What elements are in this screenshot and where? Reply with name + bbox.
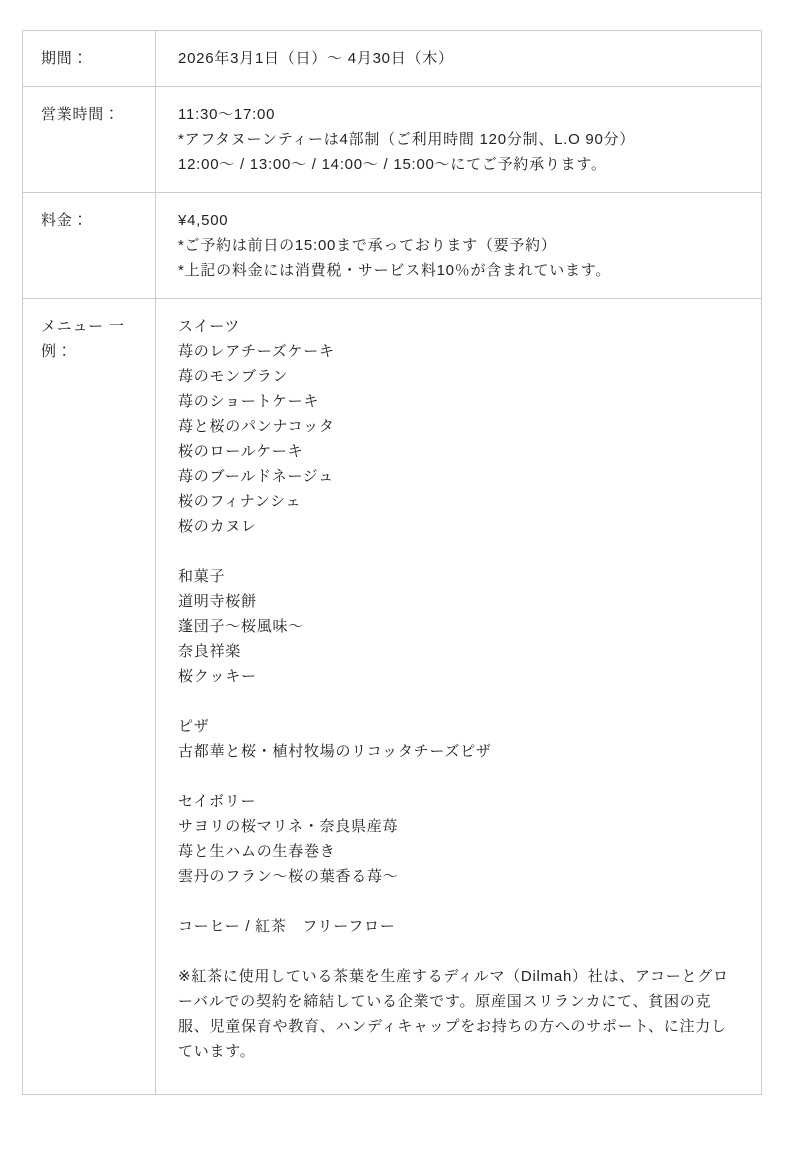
value-line: 桜のロールケーキ	[178, 439, 737, 464]
value-line	[178, 939, 737, 964]
value-line: コーヒー / 紅茶 フリーフロー	[178, 914, 737, 939]
value-line: 蓬団子〜桜風味〜	[178, 614, 737, 639]
row-label-cell: 期間：	[23, 31, 156, 86]
row-value-cell: 11:30〜17:00*アフタヌーンティーは4部制（ご利用時間 120分制、L.…	[156, 87, 761, 192]
table-row: 期間： 2026年3月1日（日）〜 4月30日（木）	[23, 31, 761, 87]
value-line	[178, 689, 737, 714]
value-line: サヨリの桜マリネ・奈良県産苺	[178, 814, 737, 839]
value-line: 道明寺桜餅	[178, 589, 737, 614]
value-line: ※紅茶に使用している茶葉を生産するディルマ（Dilmah）社は、アコーとグローバ…	[178, 964, 737, 1064]
value-line: 和菓子	[178, 564, 737, 589]
value-line: 古都華と桜・植村牧場のリコッタチーズピザ	[178, 739, 737, 764]
row-value-cell: ¥4,500*ご予約は前日の15:00まで承っております（要予約）*上記の料金に…	[156, 193, 761, 298]
row-label-cell: メニュー 一例：	[23, 299, 156, 1094]
value-line: ピザ	[178, 714, 737, 739]
row-label: メニュー 一例：	[41, 318, 125, 360]
value-line	[178, 764, 737, 789]
value-line: *ご予約は前日の15:00まで承っております（要予約）	[178, 233, 737, 258]
value-line: 2026年3月1日（日）〜 4月30日（木）	[178, 46, 737, 71]
row-value-cell: 2026年3月1日（日）〜 4月30日（木）	[156, 31, 761, 86]
value-line: 12:00〜 / 13:00〜 / 14:00〜 / 15:00〜にてご予約承り…	[178, 152, 737, 177]
row-label: 営業時間：	[41, 106, 120, 123]
value-line: 苺のモンブラン	[178, 364, 737, 389]
value-line: *アフタヌーンティーは4部制（ご利用時間 120分制、L.O 90分）	[178, 127, 737, 152]
value-line: *上記の料金には消費税・サービス料10％が含まれています。	[178, 258, 737, 283]
value-line	[178, 539, 737, 564]
row-label-cell: 料金：	[23, 193, 156, 298]
value-line: 奈良祥楽	[178, 639, 737, 664]
row-label: 期間：	[41, 50, 88, 67]
value-line: 11:30〜17:00	[178, 102, 737, 127]
table-row: 料金： ¥4,500*ご予約は前日の15:00まで承っております（要予約）*上記…	[23, 193, 761, 299]
value-line: 桜のカヌレ	[178, 514, 737, 539]
value-line: スイーツ	[178, 314, 737, 339]
table-row: 営業時間： 11:30〜17:00*アフタヌーンティーは4部制（ご利用時間 12…	[23, 87, 761, 193]
value-line: 苺のブールドネージュ	[178, 464, 737, 489]
table-row: メニュー 一例： スイーツ苺のレアチーズケーキ苺のモンブラン苺のショートケーキ苺…	[23, 299, 761, 1094]
row-label-cell: 営業時間：	[23, 87, 156, 192]
event-info-table: 期間： 2026年3月1日（日）〜 4月30日（木） 営業時間： 11:30〜1…	[22, 30, 762, 1095]
value-line: 雲丹のフラン〜桜の葉香る苺〜	[178, 864, 737, 889]
value-line: ¥4,500	[178, 208, 737, 233]
value-line: 桜のフィナンシェ	[178, 489, 737, 514]
row-value-cell: スイーツ苺のレアチーズケーキ苺のモンブラン苺のショートケーキ苺と桜のパンナコッタ…	[156, 299, 761, 1094]
value-line: 苺のレアチーズケーキ	[178, 339, 737, 364]
value-line: 苺と桜のパンナコッタ	[178, 414, 737, 439]
value-line	[178, 889, 737, 914]
value-line: セイボリー	[178, 789, 737, 814]
value-line: 苺と生ハムの生春巻き	[178, 839, 737, 864]
row-label: 料金：	[41, 212, 88, 229]
value-line: 桜クッキー	[178, 664, 737, 689]
value-line: 苺のショートケーキ	[178, 389, 737, 414]
